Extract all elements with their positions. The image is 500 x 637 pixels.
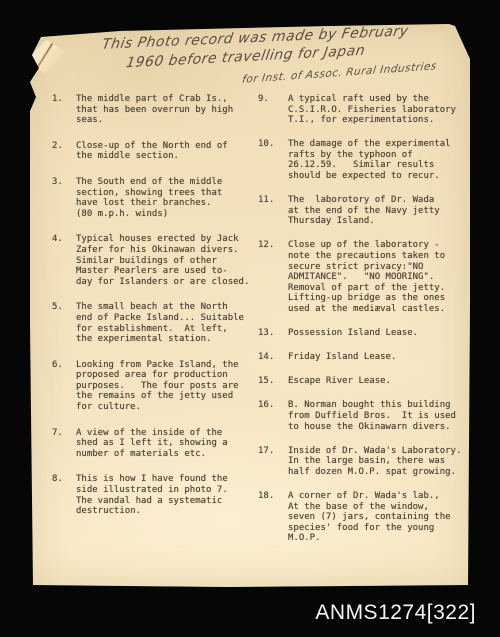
- item-number: 8.: [52, 474, 76, 516]
- item-number: 10.: [258, 139, 288, 181]
- list-item: 6.Looking from Packe Island, the propose…: [52, 360, 252, 413]
- item-text: A corner of Dr. Wada's lab., At the base…: [288, 491, 451, 544]
- item-text: This is how I have found the side illust…: [76, 474, 228, 516]
- item-number: 16.: [258, 400, 288, 432]
- item-number: 14.: [258, 352, 288, 363]
- item-number: 1.: [52, 94, 76, 126]
- item-text: Typical houses erected by Jack Zafer for…: [76, 234, 249, 287]
- item-number: 18.: [258, 491, 288, 544]
- list-item: 8.This is how I have found the side illu…: [52, 474, 252, 516]
- scanned-page: This Photo record was made by February 1…: [30, 24, 470, 587]
- item-text: A view of the inside of the shed as I le…: [76, 428, 228, 460]
- item-number: 6.: [52, 360, 76, 413]
- item-number: 15.: [258, 376, 288, 387]
- item-text: The damage of the experimental rafts by …: [288, 139, 451, 181]
- item-text: Escape River Lease.: [288, 376, 391, 387]
- item-text: Close-up of the North end of the middle …: [76, 141, 228, 162]
- item-number: 13.: [258, 328, 288, 339]
- list-item: 5.The small beach at the North end of Pa…: [52, 302, 252, 344]
- list-item: 4.Typical houses erected by Jack Zafer f…: [52, 234, 252, 287]
- item-number: 17.: [258, 446, 288, 478]
- item-text: Friday Island Lease.: [288, 352, 396, 363]
- item-text: Inside of Dr. Wada's Laboratory. In the …: [288, 446, 461, 478]
- item-text: Possession Island Lease.: [288, 328, 418, 339]
- list-item: 18.A corner of Dr. Wada's lab., At the b…: [258, 491, 463, 544]
- item-number: 12.: [258, 240, 288, 314]
- item-number: 7.: [52, 428, 76, 460]
- item-number: 4.: [52, 234, 76, 287]
- left-column: 1.The middle part of Crab Is., that has …: [52, 94, 252, 557]
- item-number: 11.: [258, 195, 288, 227]
- list-item: 12.Close up of the laboratory - note the…: [258, 240, 463, 314]
- item-text: A typical raft used by the C.S.I.R.O. Fi…: [288, 94, 456, 126]
- item-number: 3.: [52, 177, 76, 219]
- list-item: 1.The middle part of Crab Is., that has …: [52, 94, 252, 126]
- list-item: 9.A typical raft used by the C.S.I.R.O. …: [258, 94, 463, 126]
- item-number: 2.: [52, 141, 76, 162]
- item-text: Close up of the laboratory - note the pr…: [288, 240, 445, 314]
- item-text: The small beach at the North end of Pack…: [76, 302, 244, 344]
- handwritten-note-line3: for Inst. of Assoc. Rural Industries: [241, 60, 437, 86]
- list-item: 15.Escape River Lease.: [258, 376, 463, 387]
- list-item: 2.Close-up of the North end of the middl…: [52, 141, 252, 162]
- item-number: 5.: [52, 302, 76, 344]
- list-item: 3.The South end of the middle section, s…: [52, 177, 252, 219]
- torn-corner: [24, 38, 67, 76]
- item-text: Looking from Packe Island, the proposed …: [76, 360, 239, 413]
- list-item: 11.The laborotory of Dr. Wada at the end…: [258, 195, 463, 227]
- list-item: 17.Inside of Dr. Wada's Laboratory. In t…: [258, 446, 463, 478]
- right-column: 9.A typical raft used by the C.S.I.R.O. …: [258, 94, 463, 557]
- archive-reference-label: ANMS1274[322]: [315, 601, 476, 625]
- list-item: 14.Friday Island Lease.: [258, 352, 463, 363]
- list-item: 10.The damage of the experimental rafts …: [258, 139, 463, 181]
- photo-caption-list: 1.The middle part of Crab Is., that has …: [30, 94, 470, 557]
- item-text: The laborotory of Dr. Wada at the end of…: [288, 195, 440, 227]
- item-text: B. Norman bought this building from Duff…: [288, 400, 456, 432]
- list-item: 16.B. Norman bought this building from D…: [258, 400, 463, 432]
- item-text: The middle part of Crab Is., that has be…: [76, 94, 233, 126]
- item-number: 9.: [258, 94, 288, 126]
- item-text: The South end of the middle section, sho…: [76, 177, 222, 219]
- list-item: 13.Possession Island Lease.: [258, 328, 463, 339]
- list-item: 7.A view of the inside of the shed as I …: [52, 428, 252, 460]
